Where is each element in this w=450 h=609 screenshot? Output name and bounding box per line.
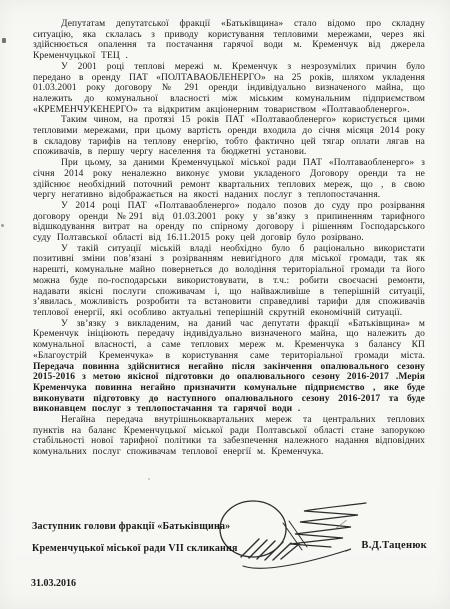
paragraph-conclusion: Негайна передача внутрішньоквартальних м… xyxy=(33,415,425,458)
paragraph-improper-performance: При цьому, за даними Кременчуцької міськ… xyxy=(33,158,425,201)
scan-artifact xyxy=(74,304,76,306)
signoff-role-line2: Кременчуцької міської ради VII скликання xyxy=(32,543,238,554)
scan-artifact xyxy=(148,478,150,480)
paragraph-opportunity: У такій ситуації міській владі необхідно… xyxy=(33,244,425,319)
paragraph-2014-lawsuit: У 2014 році ПАТ «Полтаваобленерго» подал… xyxy=(33,201,425,244)
scan-artifact xyxy=(420,118,422,120)
paragraph-initiative: У зв’язку з викладеним, на даний час деп… xyxy=(33,319,425,415)
paragraph-initiative-emphasis: Передача повинна здійснитися негайно піс… xyxy=(33,362,425,415)
paragraph-2001-lease: У 2001 році теплові мережі м. Кременчук … xyxy=(33,62,425,116)
scan-artifact xyxy=(1,224,4,227)
paragraph-15-years-usage: Таким чином, на протязі 15 років ПАТ «По… xyxy=(33,115,425,158)
scanned-document-page: Депутатам депутатської фракції «Батьківщ… xyxy=(0,0,450,609)
paragraph-initiative-lead: У зв’язку з викладеним, на даний час деп… xyxy=(33,319,425,361)
signoff-role-line1: Заступник голови фракції «Батьківщина» xyxy=(32,521,230,532)
document-body: Депутатам депутатської фракції «Батьківщ… xyxy=(33,19,425,458)
document-date: 31.03.2016 xyxy=(31,578,76,589)
paragraph-intro-situation: Депутатам депутатської фракції «Батьківщ… xyxy=(33,19,425,62)
signer-name: В.Д.Таценюк xyxy=(361,540,427,551)
scan-artifact xyxy=(2,38,6,43)
